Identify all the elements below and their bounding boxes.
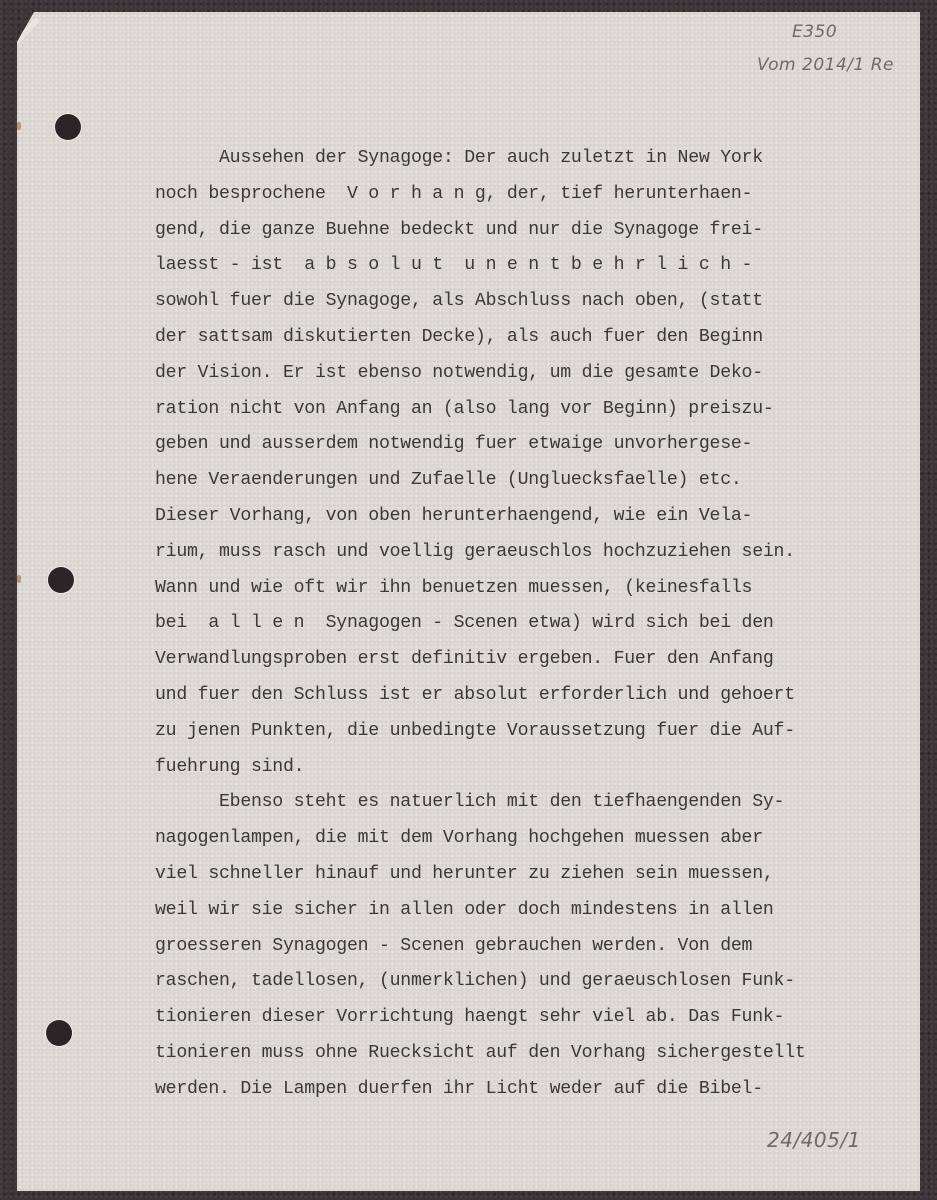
text-line: rium, muss rasch und voellig geraeuschlo…: [155, 535, 895, 571]
punch-hole-top: [55, 114, 81, 140]
text-line: ration nicht von Anfang an (also lang vo…: [155, 392, 895, 428]
text-line: tionieren dieser Vorrichtung haengt sehr…: [155, 1000, 895, 1036]
text-line: tionieren muss ohne Ruecksicht auf den V…: [155, 1036, 895, 1072]
text-line: der Vision. Er ist ebenso notwendig, um …: [155, 356, 895, 392]
archive-reference-sub: Vom 2014/1 Re: [757, 55, 894, 75]
text-line: Wann und wie oft wir ihn benuetzen muess…: [155, 571, 895, 607]
text-line: laesst - ist a b s o l u t u n e n t b e…: [155, 248, 895, 284]
archive-reference-top: E350: [792, 22, 837, 42]
archive-reference-bottom: 24/405/1: [767, 1128, 861, 1152]
text-line: geben und ausserdem notwendig fuer etwai…: [155, 427, 895, 463]
text-line: noch besprochene V o r h a n g, der, tie…: [155, 177, 895, 213]
punch-hole-bottom: [46, 1020, 72, 1046]
text-line: werden. Die Lampen duerfen ihr Licht wed…: [155, 1072, 895, 1108]
text-line: hene Veraenderungen und Zufaelle (Unglue…: [155, 463, 895, 499]
text-line: zu jenen Punkten, die unbedingte Vorauss…: [155, 714, 895, 750]
text-line: Verwandlungsproben erst definitiv ergebe…: [155, 642, 895, 678]
text-line: weil wir sie sicher in allen oder doch m…: [155, 893, 895, 929]
text-line: und fuer den Schluss ist er absolut erfo…: [155, 678, 895, 714]
text-line: Ebenso steht es natuerlich mit den tiefh…: [155, 785, 895, 821]
text-line: fuehrung sind.: [155, 750, 895, 786]
text-line: bei a l l e n Synagogen - Scenen etwa) w…: [155, 606, 895, 642]
punch-hole-middle: [48, 567, 74, 593]
rust-stain: [17, 575, 21, 583]
text-line: groesseren Synagogen - Scenen gebrauchen…: [155, 929, 895, 965]
text-line: sowohl fuer die Synagoge, als Abschluss …: [155, 284, 895, 320]
rust-stain: [17, 122, 21, 130]
text-line: Dieser Vorhang, von oben herunterhaengen…: [155, 499, 895, 535]
text-line: nagogenlampen, die mit dem Vorhang hochg…: [155, 821, 895, 857]
typed-text-body: Aussehen der Synagoge: Der auch zuletzt …: [155, 141, 895, 1108]
text-line: der sattsam diskutierten Decke), als auc…: [155, 320, 895, 356]
text-line: raschen, tadellosen, (unmerklichen) und …: [155, 964, 895, 1000]
text-line: viel schneller hinauf und herunter zu zi…: [155, 857, 895, 893]
text-line: Aussehen der Synagoge: Der auch zuletzt …: [155, 141, 895, 177]
text-line: gend, die ganze Buehne bedeckt und nur d…: [155, 213, 895, 249]
